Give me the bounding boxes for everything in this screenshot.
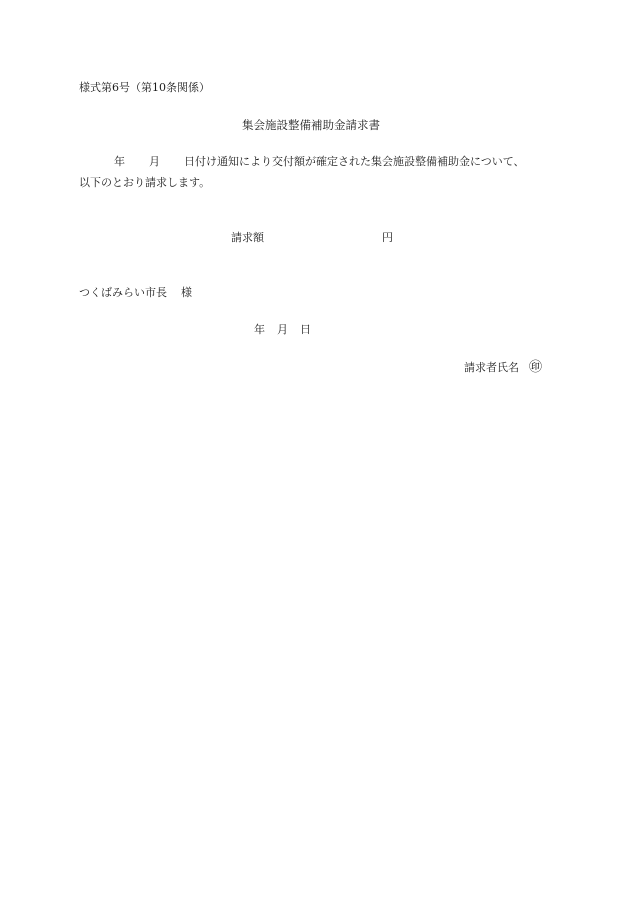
date-month-label: 月 <box>277 323 288 336</box>
addressee: つくばみらい市長様 <box>79 287 192 298</box>
date-line: 年月日 <box>254 324 311 335</box>
form-number: 様式第6号（第10条関係） <box>79 82 210 93</box>
body-paragraph-line-1: 年月日付け通知により交付額が確定された集会施設整備補助金について、 <box>79 156 525 167</box>
date-year-label: 年 <box>254 323 265 336</box>
year-label: 年 <box>114 155 125 168</box>
claimant-signature: 請求者氏名㊞ <box>464 361 542 374</box>
month-label: 月 <box>149 155 160 168</box>
document-title: 集会施設整備補助金請求書 <box>242 120 380 132</box>
addressee-honorific: 様 <box>181 286 192 299</box>
amount-unit: 円 <box>382 232 393 243</box>
claimant-label: 請求者氏名 <box>464 361 519 374</box>
body-text-line-2: 以下のとおり請求します。 <box>79 177 210 188</box>
seal-icon: ㊞ <box>529 361 542 374</box>
amount-label: 請求額 <box>231 232 264 243</box>
addressee-name: つくばみらい市長 <box>79 286 167 299</box>
date-day-label: 日 <box>300 323 311 336</box>
body-text-line-1: 日付け通知により交付額が確定された集会施設整備補助金について、 <box>184 155 525 168</box>
